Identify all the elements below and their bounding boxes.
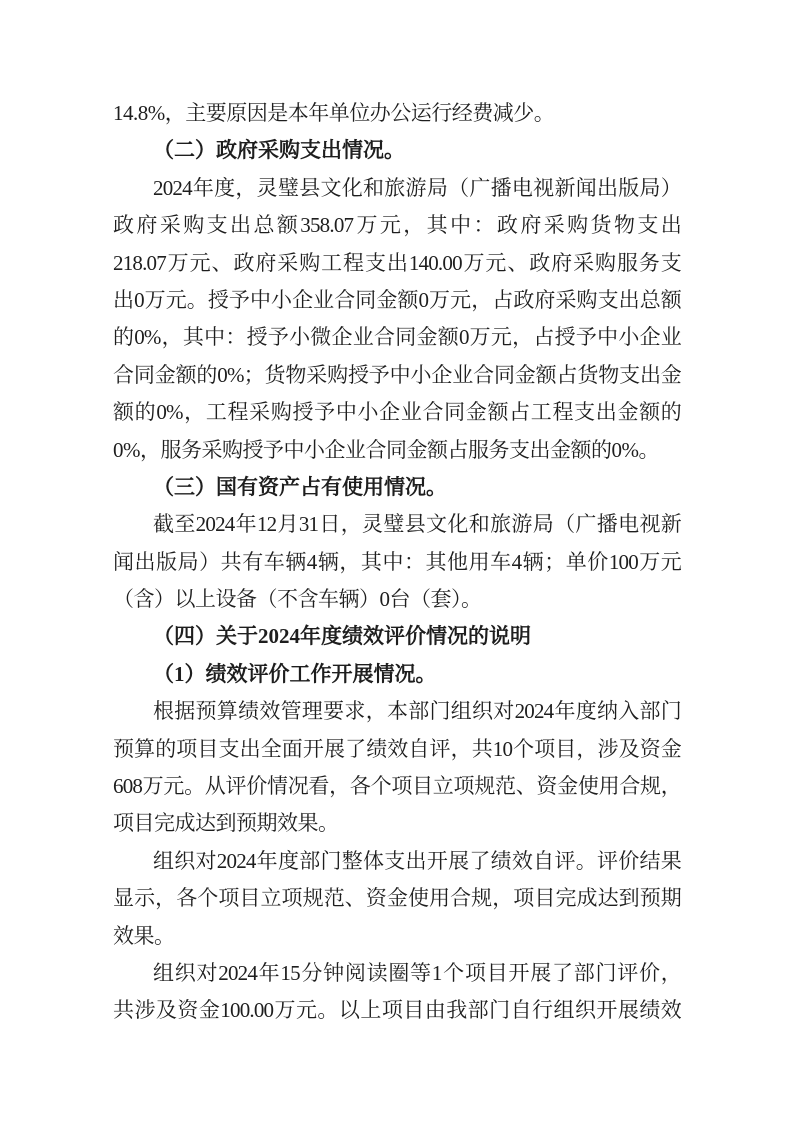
- body-text-line: 2024年度，灵璧县文化和旅游局（广播电视新闻出版局）: [113, 170, 681, 207]
- body-text-line: 闻出版局）共有车辆4辆，其中：其他用车4辆；单价100万元: [113, 544, 681, 581]
- body-text-line: 合同金额的0%；货物采购授予中小企业合同金额占货物支出金: [113, 357, 681, 394]
- body-text-line: 预算的项目支出全面开展了绩效自评，共10个项目，涉及资金: [113, 731, 681, 768]
- body-text-line: 218.07万元、政府采购工程支出140.00万元、政府采购服务支: [113, 245, 681, 282]
- body-text-line: 根据预算绩效管理要求，本部门组织对2024年度纳入部门: [113, 693, 681, 730]
- document-text-column: 14.8%，主要原因是本年单位办公运行经费减少。（二）政府采购支出情况。2024…: [113, 95, 681, 1030]
- body-text-line: 效果。: [113, 918, 681, 955]
- body-text-line: 的0%，其中：授予小微企业合同金额0万元，占授予中小企业: [113, 319, 681, 356]
- heading-line: （四）关于2024年度绩效评价情况的说明: [113, 618, 681, 655]
- body-text-line: 截至2024年12月31日，灵璧县文化和旅游局（广播电视新: [113, 506, 681, 543]
- body-text-line: 0%，服务采购授予中小企业合同金额占服务支出金额的0%。: [113, 432, 681, 469]
- document-page: 14.8%，主要原因是本年单位办公运行经费减少。（二）政府采购支出情况。2024…: [0, 0, 794, 1122]
- body-text-line: （含）以上设备（不含车辆）0台（套）。: [113, 581, 681, 618]
- body-text-line: 608万元。从评价情况看，各个项目立项规范、资金使用合规，: [113, 768, 681, 805]
- body-text-line: 组织对2024年度部门整体支出开展了绩效自评。评价结果: [113, 843, 681, 880]
- body-text-line: 额的0%，工程采购授予中小企业合同金额占工程支出金额的: [113, 394, 681, 431]
- body-text-line: 共涉及资金100.00万元。以上项目由我部门自行组织开展绩效: [113, 992, 681, 1029]
- heading-line: （三）国有资产占有使用情况。: [113, 469, 681, 506]
- body-text-line: 出0万元。授予中小企业合同金额0万元，占政府采购支出总额: [113, 282, 681, 319]
- body-text-line: 显示，各个项目立项规范、资金使用合规，项目完成达到预期: [113, 880, 681, 917]
- body-text-line: 组织对2024年15分钟阅读圈等1个项目开展了部门评价，: [113, 955, 681, 992]
- body-text-line: 项目完成达到预期效果。: [113, 805, 681, 842]
- body-text-line: 政府采购支出总额358.07万元，其中：政府采购货物支出: [113, 207, 681, 244]
- heading-line: （1）绩效评价工作开展情况。: [113, 656, 681, 693]
- heading-line: （二）政府采购支出情况。: [113, 132, 681, 169]
- body-text-line: 14.8%，主要原因是本年单位办公运行经费减少。: [113, 95, 681, 132]
